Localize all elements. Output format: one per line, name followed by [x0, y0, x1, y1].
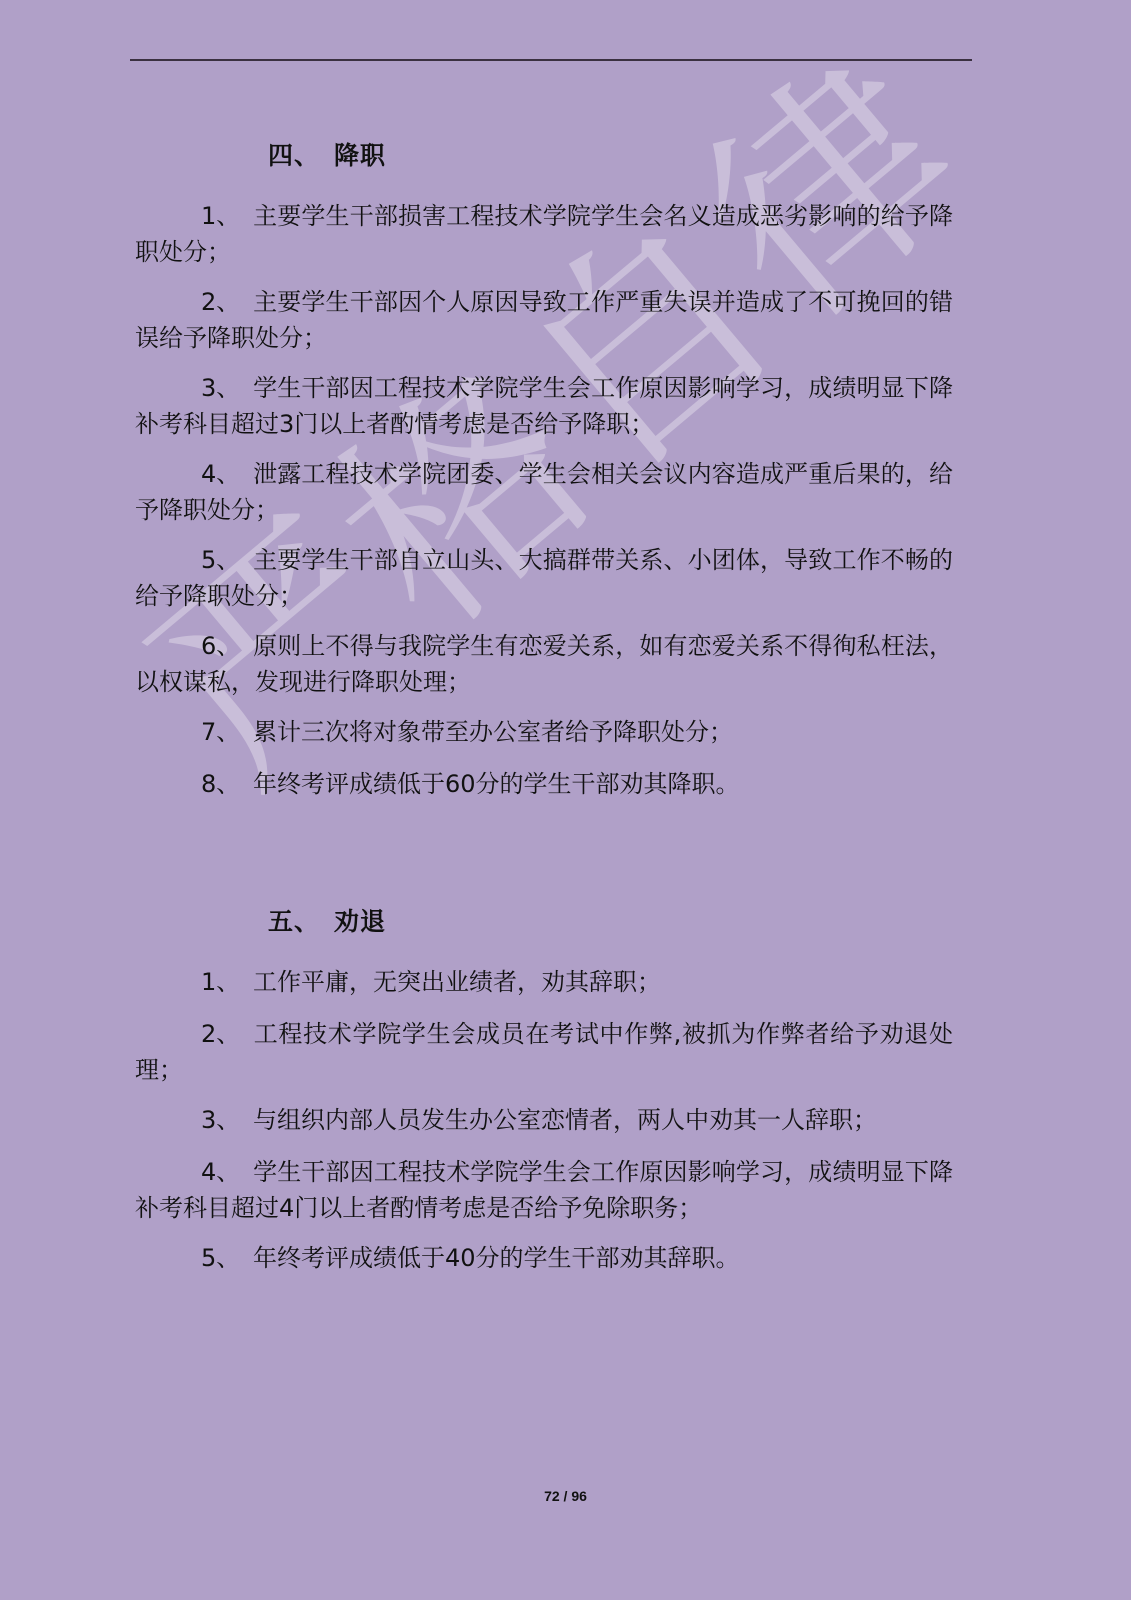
list-item: 8、年终考评成绩低于60分的学生干部劝其降职。: [135, 766, 953, 802]
list-item: 7、累计三次将对象带至办公室者给予降职处分；: [135, 714, 953, 750]
list-item: 4、学生干部因工程技术学院学生会工作原因影响学习，成绩明显下降补考科目超过4门以…: [135, 1154, 953, 1226]
list-item: 5、主要学生干部自立山头、大搞群带关系、小团体，导致工作不畅的给予降职处分；: [135, 542, 953, 614]
list-item: 5、年终考评成绩低于40分的学生干部劝其辞职。: [135, 1240, 953, 1276]
list-item: 4、泄露工程技术学院团委、学生会相关会议内容造成严重后果的，给予降职处分；: [135, 456, 953, 528]
list-item: 2、主要学生干部因个人原因导致工作严重失误并造成了不可挽回的错误给予降职处分；: [135, 284, 953, 356]
page-number: 72 / 96: [0, 1488, 1131, 1504]
section-title-demotion: 四、降职: [268, 136, 386, 172]
list-item: 3、学生干部因工程技术学院学生会工作原因影响学习，成绩明显下降补考科目超过3门以…: [135, 370, 953, 442]
list-item: 1、主要学生干部损害工程技术学院学生会名义造成恶劣影响的给予降职处分；: [135, 198, 953, 270]
list-item: 1、工作平庸，无突出业绩者，劝其辞职；: [135, 964, 953, 1000]
list-item: 3、与组织内部人员发生办公室恋情者，两人中劝其一人辞职；: [135, 1102, 953, 1138]
section-title-dismissal: 五、劝退: [268, 902, 386, 938]
list-item: 2、工程技术学院学生会成员在考试中作弊,被抓为作弊者给予劝退处理；: [135, 1016, 953, 1088]
list-item: 6、原则上不得与我院学生有恋爱关系，如有恋爱关系不得徇私枉法，以权谋私，发现进行…: [135, 628, 953, 700]
header-rule: [130, 59, 972, 61]
